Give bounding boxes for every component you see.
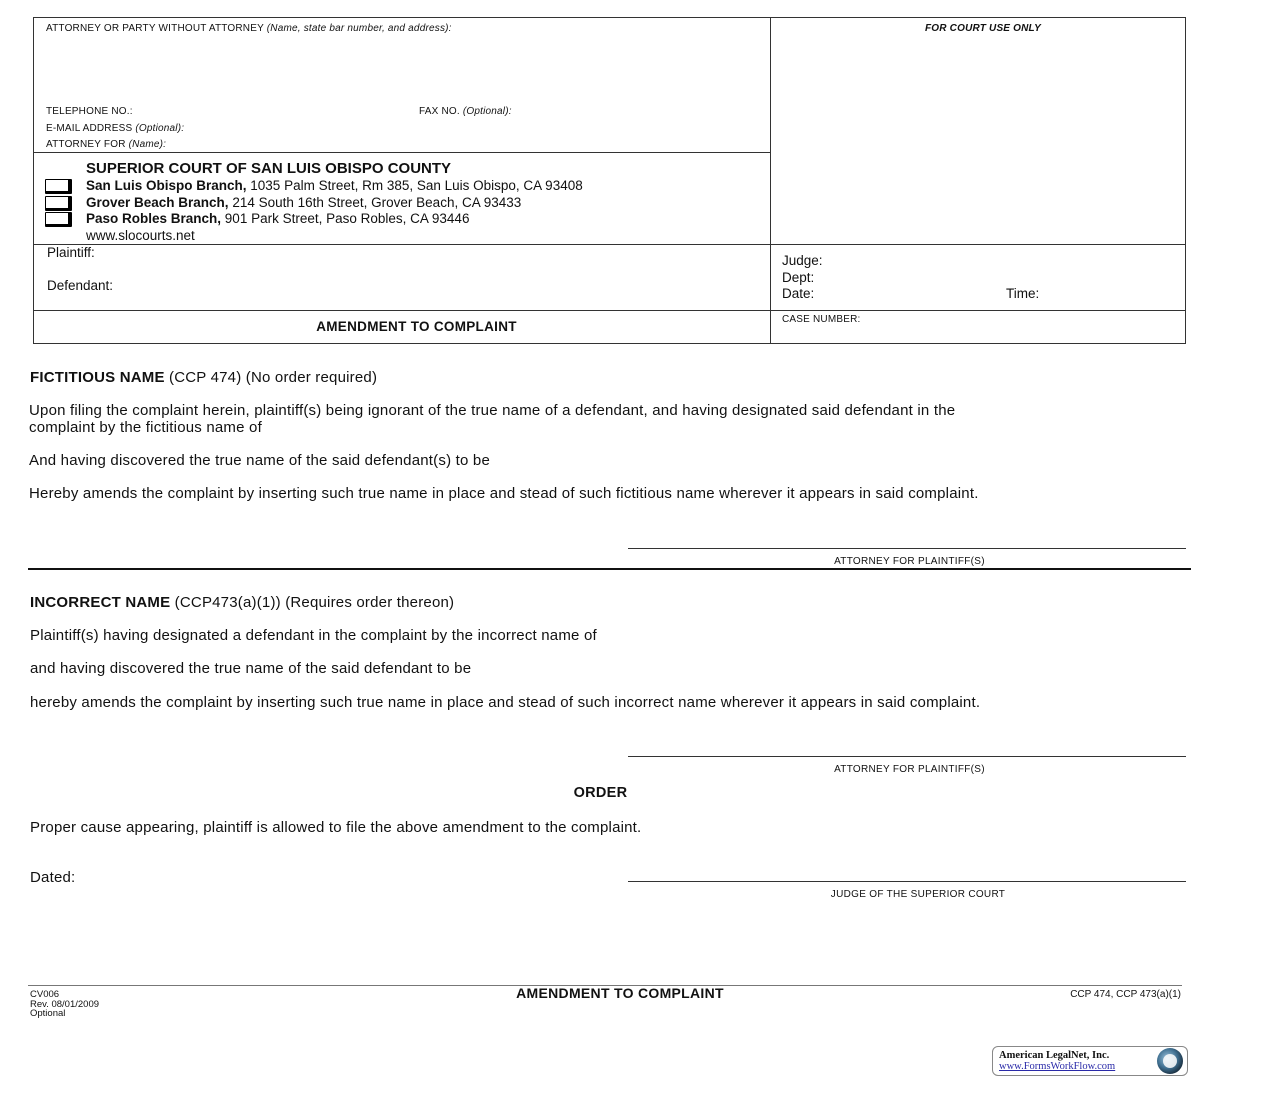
american-legalnet-logo[interactable]: American LegalNet, Inc. www.FormsWorkFlo… (992, 1046, 1188, 1076)
section-separator (28, 568, 1191, 570)
fictitious-signature-label: ATTORNEY FOR PLAINTIFF(S) (628, 556, 1191, 567)
fax-label: FAX NO. (Optional): (419, 106, 512, 117)
branch-paso-robles: Paso Robles Branch, 901 Park Street, Pas… (86, 211, 469, 226)
judge-signature-label: JUDGE OF THE SUPERIOR COURT (628, 889, 1208, 900)
date-label: Date: (782, 286, 814, 301)
footer-citation: CCP 474, CCP 473(a)(1) (980, 989, 1181, 1000)
fictitious-heading: FICTITIOUS NAME (CCP 474) (No order requ… (30, 369, 377, 386)
incorrect-signature-line[interactable] (628, 756, 1186, 757)
incorrect-true-name-field[interactable] (576, 659, 1180, 677)
fictitious-true-name-field[interactable] (600, 451, 1180, 469)
dept-field[interactable] (830, 269, 1180, 285)
caption-divider-vertical (770, 17, 771, 344)
attorney-label: ATTORNEY OR PARTY WITHOUT ATTORNEY (Name… (46, 23, 452, 34)
branch-checkbox-grover-beach[interactable] (45, 196, 72, 211)
branch-grover-beach: Grover Beach Branch, 214 South 16th Stre… (86, 195, 521, 210)
case-number-label: CASE NUMBER: (782, 314, 861, 325)
fictitious-name-field[interactable] (320, 418, 1180, 436)
dept-label: Dept: (782, 270, 814, 285)
incorrect-para2: and having discovered the true name of t… (30, 660, 471, 677)
dated-label: Dated: (30, 869, 75, 886)
fictitious-para3: Hereby amends the complaint by inserting… (29, 485, 979, 502)
incorrect-name-field[interactable] (728, 626, 1180, 644)
form-optional: Optional (30, 1009, 99, 1019)
incorrect-para3: hereby amends the complaint by inserting… (30, 694, 980, 711)
dated-field[interactable] (90, 868, 390, 886)
attorney-section-divider (33, 152, 770, 153)
logo-url[interactable]: www.FormsWorkFlow.com (999, 1061, 1115, 1072)
email-label: E-MAIL ADDRESS (Optional): (46, 123, 184, 134)
order-text: Proper cause appearing, plaintiff is all… (30, 819, 641, 836)
attorney-for-field[interactable] (195, 137, 760, 151)
attorney-for-label: ATTORNEY FOR (Name): (46, 139, 166, 150)
incorrect-heading: INCORRECT NAME (CCP473(a)(1)) (Requires … (30, 594, 454, 611)
attorney-name-field[interactable] (46, 38, 761, 100)
court-name: SUPERIOR COURT OF SAN LUIS OBISPO COUNTY (86, 160, 451, 177)
date-field[interactable] (830, 285, 1000, 301)
branch-slo: San Luis Obispo Branch, 1035 Palm Street… (86, 178, 583, 193)
judge-field[interactable] (840, 252, 1180, 268)
court-use-only-label: FOR COURT USE ONLY (770, 23, 1196, 34)
time-label: Time: (1006, 286, 1039, 301)
logo-company-name: American LegalNet, Inc. (999, 1050, 1109, 1061)
globe-icon (1157, 1048, 1183, 1074)
fictitious-para1-line2: complaint by the fictitious name of (29, 419, 262, 436)
plaintiff-label: Plaintiff: (47, 245, 95, 260)
parties-section-divider (33, 310, 1186, 311)
time-field[interactable] (1055, 285, 1180, 301)
branch-checkbox-paso-robles[interactable] (45, 212, 72, 227)
fictitious-signature-line[interactable] (628, 548, 1186, 549)
court-website: www.slocourts.net (86, 228, 195, 243)
branch-checkbox-slo[interactable] (45, 179, 72, 194)
court-section-divider (33, 244, 1186, 245)
order-heading: ORDER (0, 785, 1201, 801)
fictitious-para2: And having discovered the true name of t… (29, 452, 490, 469)
judge-label: Judge: (782, 253, 823, 268)
defendant-field[interactable] (140, 278, 760, 296)
email-field[interactable] (215, 121, 760, 135)
defendant-label: Defendant: (47, 278, 113, 293)
fax-field[interactable] (535, 104, 760, 118)
fictitious-para1-line1: Upon filing the complaint herein, plaint… (29, 402, 955, 419)
case-number-field[interactable] (782, 326, 1180, 342)
plaintiff-field[interactable] (120, 246, 760, 264)
form-title: AMENDMENT TO COMPLAINT (33, 319, 800, 334)
footer-form-info: CV006 Rev. 08/01/2009 Optional (30, 990, 99, 1019)
judge-signature-line[interactable] (628, 881, 1186, 882)
telephone-label: TELEPHONE NO.: (46, 106, 133, 117)
telephone-field[interactable] (140, 104, 410, 118)
incorrect-signature-label: ATTORNEY FOR PLAINTIFF(S) (628, 764, 1191, 775)
footer-title: AMENDMENT TO COMPLAINT (420, 985, 820, 1001)
incorrect-para1: Plaintiff(s) having designated a defenda… (30, 627, 597, 644)
